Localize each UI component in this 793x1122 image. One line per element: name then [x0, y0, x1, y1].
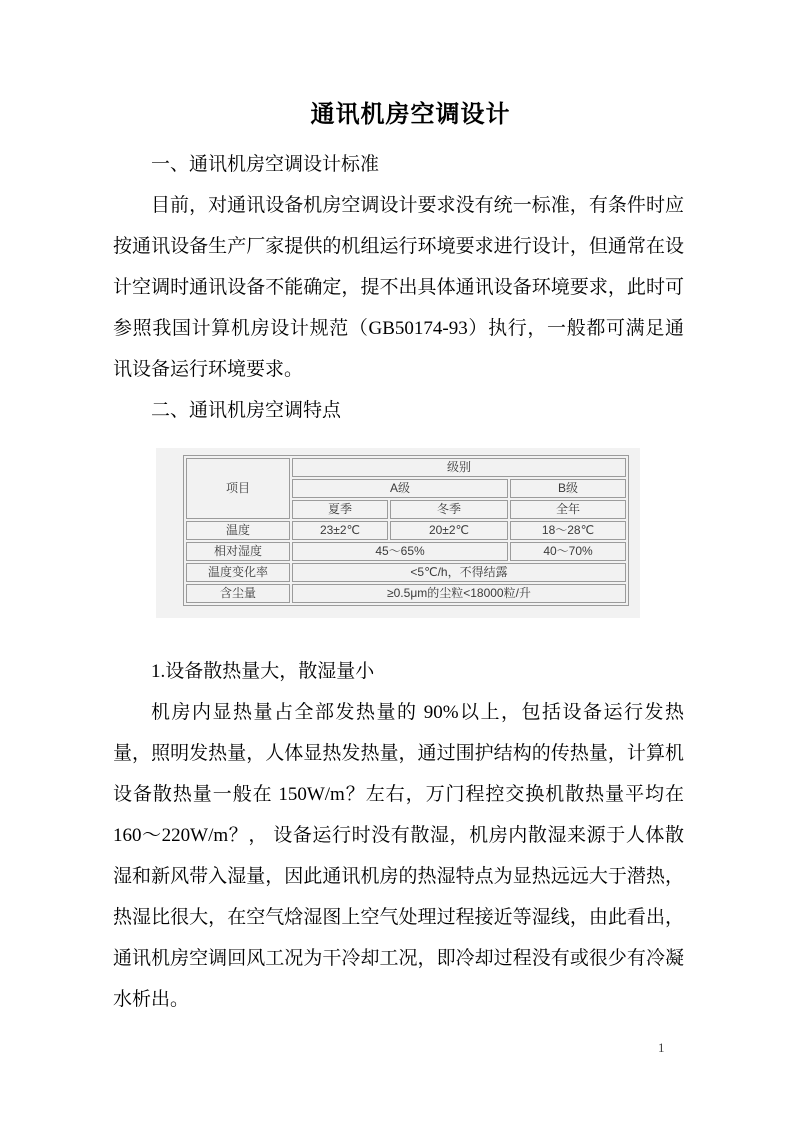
paragraph-2: 机房内显热量占全部发热量的 90%以上，包括设备运行发热量，照明发热量，人体显热… — [113, 692, 684, 1020]
section-heading-1: 一、通讯机房空调设计标准 — [113, 144, 684, 185]
table-row-dust-content: 含尘量 ≥0.5μm的尘粒<18000粒/升 — [186, 584, 626, 603]
table-cell-label: 温度 — [186, 521, 290, 540]
table-header-level: 级别 — [292, 458, 626, 477]
table-header-winter: 冬季 — [390, 500, 508, 519]
section-heading-2: 二、通讯机房空调特点 — [113, 390, 684, 431]
table-cell-value: <5℃/h，不得结露 — [292, 563, 626, 582]
table-cell-label: 温度变化率 — [186, 563, 290, 582]
spec-table-panel: 项目 级别 A级 B级 夏季 冬季 全年 温度 23±2℃ — [156, 448, 640, 618]
table-header-level-b: B级 — [510, 479, 626, 498]
table-header-summer: 夏季 — [292, 500, 388, 519]
table-row-temp-change-rate: 温度变化率 <5℃/h，不得结露 — [186, 563, 626, 582]
table-header-all-year: 全年 — [510, 500, 626, 519]
table-cell-value: 40～70% — [510, 542, 626, 561]
table-row-header-level: 项目 级别 — [186, 458, 626, 477]
table-cell-value: ≥0.5μm的尘粒<18000粒/升 — [292, 584, 626, 603]
table-row-temperature: 温度 23±2℃ 20±2℃ 18～28℃ — [186, 521, 626, 540]
spec-table: 项目 级别 A级 B级 夏季 冬季 全年 温度 23±2℃ — [183, 455, 629, 606]
table-cell-label: 含尘量 — [186, 584, 290, 603]
paragraph-1: 目前，对通讯设备机房空调设计要求没有统一标准，有条件时应按通讯设备生产厂家提供的… — [113, 185, 684, 390]
table-header-level-a: A级 — [292, 479, 508, 498]
table-cell-value: 45～65% — [292, 542, 508, 561]
subsection-heading: 1.设备散热量大，散湿量小 — [113, 651, 684, 692]
table-cell-value: 23±2℃ — [292, 521, 388, 540]
page-title: 通讯机房空调设计 — [113, 94, 684, 136]
table-cell-value: 18～28℃ — [510, 521, 626, 540]
table-header-item: 项目 — [186, 458, 290, 519]
document-content: 通讯机房空调设计 一、通讯机房空调设计标准 目前，对通讯设备机房空调设计要求没有… — [113, 94, 684, 1020]
page-number: 1 — [658, 1040, 665, 1056]
table-row-humidity: 相对湿度 45～65% 40～70% — [186, 542, 626, 561]
document-page: 通讯机房空调设计 一、通讯机房空调设计标准 目前，对通讯设备机房空调设计要求没有… — [0, 0, 793, 1122]
table-cell-value: 20±2℃ — [390, 521, 508, 540]
table-cell-label: 相对湿度 — [186, 542, 290, 561]
